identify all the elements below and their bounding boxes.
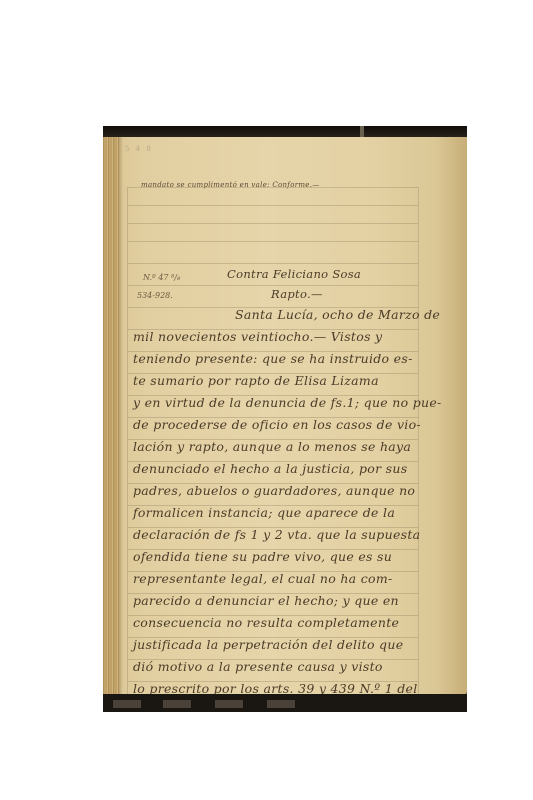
body-line: Santa Lucía, ocho de Marzo de [235, 307, 440, 322]
body-line: mil novecientos veintiocho.— Vistos y [133, 329, 382, 344]
color-calibration-patch [215, 700, 243, 708]
body-line: consecuencia no resulta completamente [133, 615, 399, 630]
body-line: parecido a denunciar el hecho; y que en [133, 593, 399, 608]
case-reference: 534-928. [137, 291, 173, 300]
scanned-document-image: 5 4 8 mandato se cumplimentó en vale: Co… [103, 126, 467, 712]
color-calibration-patch [113, 700, 141, 708]
body-line: justificada la perpetración del delito q… [133, 637, 403, 652]
ledger-page: 5 4 8 mandato se cumplimentó en vale: Co… [103, 137, 467, 695]
rule-line [128, 205, 418, 206]
page-stack-edges [103, 137, 119, 695]
body-line: y en virtud de la denuncia de fs.1; que … [133, 395, 442, 410]
body-line: dió motivo a la presente causa y visto [133, 659, 383, 674]
body-line: declaración de fs 1 y 2 vta. que la supu… [133, 527, 420, 542]
body-line: denunciado el hecho a la justicia, por s… [133, 461, 407, 476]
page-number: 5 4 8 [125, 145, 153, 153]
body-line: te sumario por rapto de Elisa Lizama [133, 373, 379, 388]
body-line: formalicen instancia; que aparece de la [133, 505, 395, 520]
scan-bottom-border [103, 694, 467, 712]
body-line: de procederse de oficio en los casos de … [133, 417, 421, 432]
body-line: lación y rapto, aunque a lo menos se hay… [133, 439, 411, 454]
body-line: padres, abuelos o guardadores, aunque no [133, 483, 415, 498]
case-number: N.º 47 ⁸/₈ [143, 273, 180, 282]
color-calibration-patch [267, 700, 295, 708]
rule-line [128, 223, 418, 224]
body-line: representante legal, el cual no ha com- [133, 571, 393, 586]
color-calibration-patch [163, 700, 191, 708]
rule-line [128, 241, 418, 242]
body-line: teniendo presente: que se ha instruido e… [133, 351, 413, 366]
case-title: Contra Feliciano Sosa [227, 267, 361, 281]
case-subject: Rapto.— [271, 287, 323, 301]
body-line: ofendida tiene su padre vivo, que es su [133, 549, 392, 564]
rule-line [128, 285, 418, 286]
rule-line [128, 263, 418, 264]
page-shadow [437, 137, 467, 695]
rule-line [128, 187, 418, 188]
